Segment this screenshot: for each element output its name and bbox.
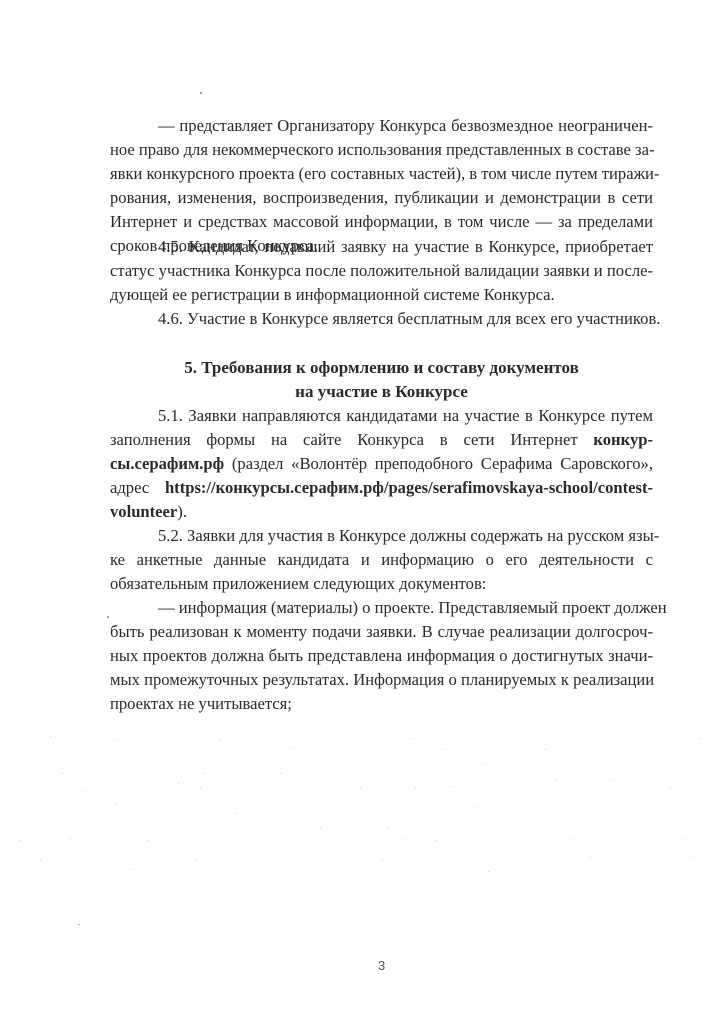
paragraph-4-6: 4.6. Участие в Конкурсе является бесплат… bbox=[110, 307, 653, 331]
scan-artifact bbox=[200, 92, 202, 94]
text-line: 5.2. Заявки для участия в Конкурсе должн… bbox=[110, 524, 653, 548]
text-line: заполнения формы на сайте Конкурса в сет… bbox=[110, 428, 653, 452]
page-number: 3 bbox=[378, 958, 385, 973]
section5-heading-line2: на участие в Конкурсе bbox=[110, 380, 653, 404]
site-link-part1[interactable]: конкур- bbox=[593, 430, 653, 449]
text-line: явки конкурсного проекта (его составных … bbox=[110, 162, 653, 186]
scan-artifact bbox=[78, 924, 80, 925]
paragraph-4-5: 4.5. Кандидат, подавший заявку на участи… bbox=[110, 235, 653, 307]
text-line: 4.6. Участие в Конкурсе является бесплат… bbox=[110, 307, 653, 331]
text-line: — представляет Организатору Конкурса без… bbox=[110, 114, 653, 138]
url-link-part1[interactable]: https://конкурсы.серафим.рф/pages/serafi… bbox=[165, 478, 653, 497]
dash-item-project-info: — информация (материалы) о проекте. Пред… bbox=[110, 596, 653, 716]
text-line: дующей ее регистрации в информационной с… bbox=[110, 283, 653, 307]
scan-artifact bbox=[107, 616, 109, 618]
text-line: — информация (материалы) о проекте. Пред… bbox=[110, 596, 653, 620]
text-line: обязательным приложением следующих докум… bbox=[110, 572, 653, 596]
text-line: статус участника Конкурса после положите… bbox=[110, 259, 653, 283]
paragraph-5-1: 5.1. Заявки направляются кандидатами на … bbox=[110, 404, 653, 524]
text-line: проектах не учитывается; bbox=[110, 692, 653, 716]
text-line: ке анкетные данные кандидата и информаци… bbox=[110, 548, 653, 572]
url-link-part2[interactable]: volunteer bbox=[110, 502, 177, 521]
text-line: рования, изменения, воспроизведения, пуб… bbox=[110, 186, 653, 210]
text-line: сы.серафим.рф (раздел «Волонтёр преподоб… bbox=[110, 452, 653, 476]
text-line: адрес https://конкурсы.серафим.рф/pages/… bbox=[110, 476, 653, 500]
text-line: Интернет и средствах массовой информации… bbox=[110, 210, 653, 234]
text-line: ное право для некоммерческого использова… bbox=[110, 138, 653, 162]
text-line: 5.1. Заявки направляются кандидатами на … bbox=[110, 404, 653, 428]
section5-heading-line1: 5. Требования к оформлению и составу док… bbox=[110, 356, 653, 380]
paragraph-5-2: 5.2. Заявки для участия в Конкурсе должн… bbox=[110, 524, 653, 596]
text-line: быть реализован к моменту подачи заявки.… bbox=[110, 620, 653, 644]
text-line: volunteer). bbox=[110, 500, 653, 524]
text-line: ных проектов должна быть представлена ин… bbox=[110, 644, 653, 668]
text-line: мых промежуточных результатах. Информаци… bbox=[110, 668, 653, 692]
text-line: 4.5. Кандидат, подавший заявку на участи… bbox=[110, 235, 653, 259]
document-page: — представляет Организатору Конкурса без… bbox=[0, 0, 724, 1024]
site-link-part2[interactable]: сы.серафим.рф bbox=[110, 454, 224, 473]
